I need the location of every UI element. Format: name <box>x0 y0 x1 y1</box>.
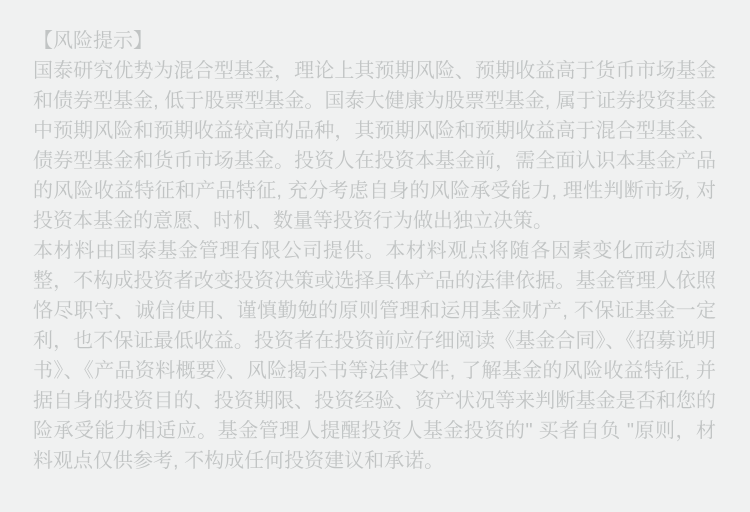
disclaimer-text-line: 险承受能力相适应。基金管理人提醒投资人基金投资的" 买者自负 "原则，材 <box>33 416 716 446</box>
risk-text-line: 国泰研究优势为混合型基金，理论上其预期风险、预期收益高于货币市场基金 <box>33 56 716 86</box>
disclaimer-text-line: 据自身的投资目的、投资期限、投资经验、资产状况等来判断基金是否和您的风 <box>33 386 716 416</box>
risk-disclosure-title: 【风险提示】 <box>33 26 716 56</box>
disclaimer-text-line: 料观点仅供参考, 不构成任何投资建议和承诺。 <box>33 446 716 476</box>
risk-text-line: 投资本基金的意愿、时机、数量等投资行为做出独立决策。 <box>33 206 716 236</box>
disclaimer-text-line: 利，也不保证最低收益。投资者在投资前应仔细阅读《基金合同》、《招募说明 <box>33 326 716 356</box>
disclaimer-text-line: 恪尽职守、诚信使用、谨慎勤勉的原则管理和运用基金财产, 不保证基金一定盈 <box>33 296 716 326</box>
disclaimer-text-line: 书》、《产品资料概要》、风险揭示书等法律文件, 了解基金的风险收益特征, 并根 <box>33 356 716 386</box>
disclaimer-text-line: 整，不构成投资者改变投资决策或选择具体产品的法律依据。基金管理人依照 <box>33 266 716 296</box>
disclaimer-text-line: 本材料由国泰基金管理有限公司提供。本材料观点将随各因素变化而动态调 <box>33 236 716 266</box>
risk-text-line: 债券型基金和货币市场基金。投资人在投资本基金前，需全面认识本基金产品 <box>33 146 716 176</box>
risk-disclosure-document: 【风险提示】 国泰研究优势为混合型基金，理论上其预期风险、预期收益高于货币市场基… <box>33 26 716 476</box>
risk-text-line: 的风险收益特征和产品特征, 充分考虑自身的风险承受能力, 理性判断市场, 对 <box>33 176 716 206</box>
risk-text-line: 中预期风险和预期收益较高的品种，其预期风险和预期收益高于混合型基金、 <box>33 116 716 146</box>
risk-text-line: 和债券型基金, 低于股票型基金。国泰大健康为股票型基金, 属于证券投资基金 <box>33 86 716 116</box>
